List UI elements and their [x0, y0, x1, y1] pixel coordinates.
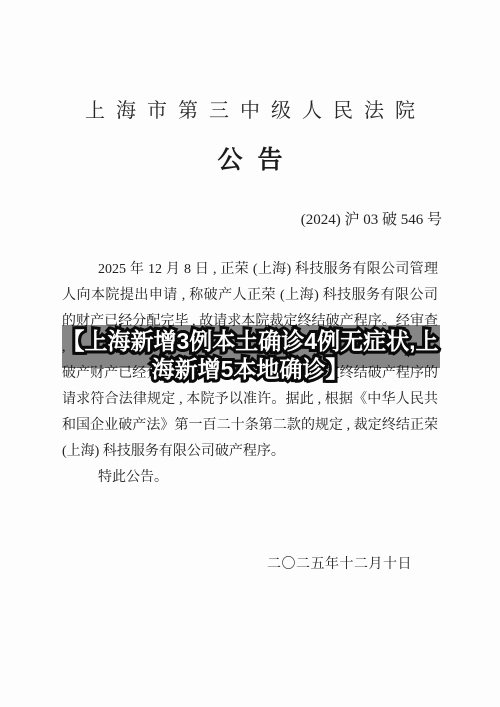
announcement-date: 二〇二五年十二月十日 — [267, 553, 412, 573]
case-number: (2024) 沪 03 破 546 号 — [301, 208, 442, 229]
body-line: 和国企业破产法》第一百二十条第二款的规定 , 裁定终结正荣 — [62, 413, 438, 439]
court-name-title: 上海市第三中级人民法院 — [0, 94, 500, 123]
doc-type-title: 公告 — [0, 140, 500, 176]
headline-line-2-fill: 海新增5本地确诊】 — [152, 356, 349, 382]
body-line: 人向本院提出申请 , 称破产人正荣 (上海) 科技服务有限公司 — [62, 283, 438, 309]
headline-overlay-text: 【上海新增3例本土确诊4例无症状,上 【上海新增3例本土确诊4例无症状,上 海新… — [10, 327, 490, 383]
headline-line-1-fill: 【上海新增3例本土确诊4例无症状,上 — [62, 328, 439, 354]
announcement-page: 上海市第三中级人民法院 公告 (2024) 沪 03 破 546 号 2025 … — [0, 0, 500, 707]
body-line-closing: 特此公告。 — [62, 465, 438, 491]
body-line: 2025 年 12 月 8 日 , 正荣 (上海) 科技服务有限公司管理 — [62, 257, 438, 283]
headline-line-1: 【上海新增3例本土确诊4例无症状,上 【上海新增3例本土确诊4例无症状,上 — [10, 327, 490, 355]
body-line: 请求符合法律规定 , 本院予以准许。据此 , 根据《中华人民共 — [62, 387, 438, 413]
headline-line-2: 海新增5本地确诊】 海新增5本地确诊】 — [10, 355, 490, 383]
body-line: (上海) 科技服务有限公司破产程序。 — [62, 439, 438, 465]
